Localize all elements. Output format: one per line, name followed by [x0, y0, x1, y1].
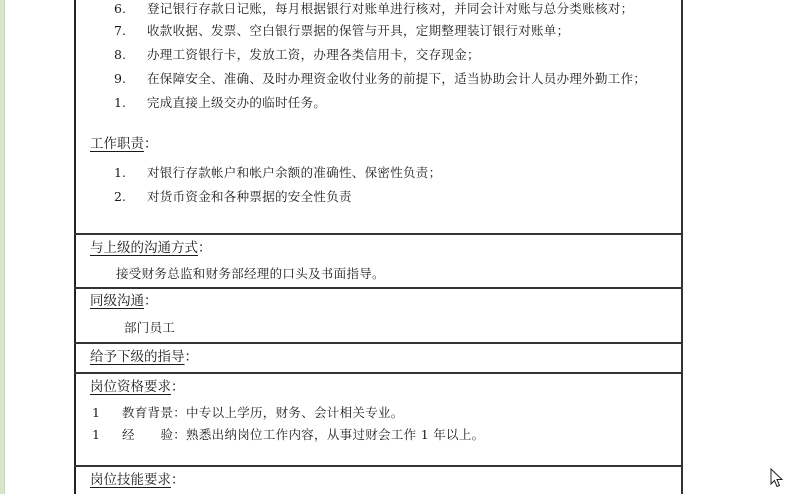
table-right-border: [681, 0, 683, 494]
list-item: 在保障安全、准确、及时办理资金收付业务的前提下，适当协助会计人员办理外勤工作；: [147, 71, 646, 87]
heading-colon: ：: [171, 472, 185, 488]
list-number: 1: [92, 405, 100, 421]
heading-colon: ：: [185, 349, 199, 365]
list-number: 1.: [114, 165, 126, 181]
list-number: 1: [92, 427, 100, 443]
heading-text: 与上级的沟通方式: [90, 240, 198, 256]
row-divider: [74, 465, 683, 467]
superior-comm-heading: 与上级的沟通方式：: [90, 239, 212, 257]
list-number: 9.: [114, 71, 126, 87]
subordinate-guidance-heading: 给予下级的指导：: [90, 348, 198, 366]
heading-text: 岗位技能要求: [90, 472, 171, 488]
left-margin-edge: [4, 0, 5, 494]
list-item: 登记银行存款日记账，每月根据银行对账单进行核对，并同会计对账与总分类账核对；: [147, 1, 633, 17]
heading-colon: ：: [171, 379, 185, 395]
peer-comm-text: 部门员工: [124, 320, 175, 336]
heading-text: 工作职责: [90, 136, 144, 152]
row-divider: [74, 287, 683, 289]
heading-text: 给予下级的指导: [90, 349, 185, 365]
list-number: 8.: [114, 47, 126, 63]
mouse-pointer-icon: [770, 468, 784, 488]
heading-text: 同级沟通: [90, 293, 144, 309]
list-number: 1.: [114, 95, 126, 111]
heading-colon: ：: [144, 293, 158, 309]
list-item: 完成直接上级交办的临时任务。: [147, 95, 326, 111]
peer-comm-heading: 同级沟通：: [90, 292, 158, 310]
qualification-education: 教育背景：中专以上学历，财务、会计相关专业。: [122, 405, 404, 421]
row-divider: [74, 342, 683, 344]
heading-colon: ：: [144, 136, 158, 152]
row-divider: [74, 233, 683, 235]
heading-text: 岗位资格要求: [90, 379, 171, 395]
qualifications-heading: 岗位资格要求：: [90, 378, 185, 396]
list-item: 收款收据、发票、空白银行票据的保管与开具，定期整理装订银行对账单；: [147, 23, 569, 39]
list-number: 2.: [114, 189, 126, 205]
responsibilities-heading: 工作职责：: [90, 135, 158, 153]
list-item: 对货币资金和各种票据的安全性负责: [147, 189, 352, 205]
list-item: 对银行存款帐户和帐户余额的准确性、保密性负责；: [147, 165, 441, 181]
list-item: 办理工资银行卡，发放工资，办理各类信用卡，交存现金；: [147, 47, 480, 63]
list-number: 7.: [114, 23, 126, 39]
row-divider: [74, 372, 683, 374]
skills-heading: 岗位技能要求：: [90, 471, 185, 489]
table-left-border: [74, 0, 76, 494]
superior-comm-text: 接受财务总监和财务部经理的口头及书面指导。: [116, 266, 385, 282]
qualification-experience: 经 验：熟悉出纳岗位工作内容，从事过财会工作 1 年以上。: [122, 427, 484, 443]
heading-colon: ：: [198, 240, 212, 256]
list-number: 6.: [114, 1, 126, 17]
